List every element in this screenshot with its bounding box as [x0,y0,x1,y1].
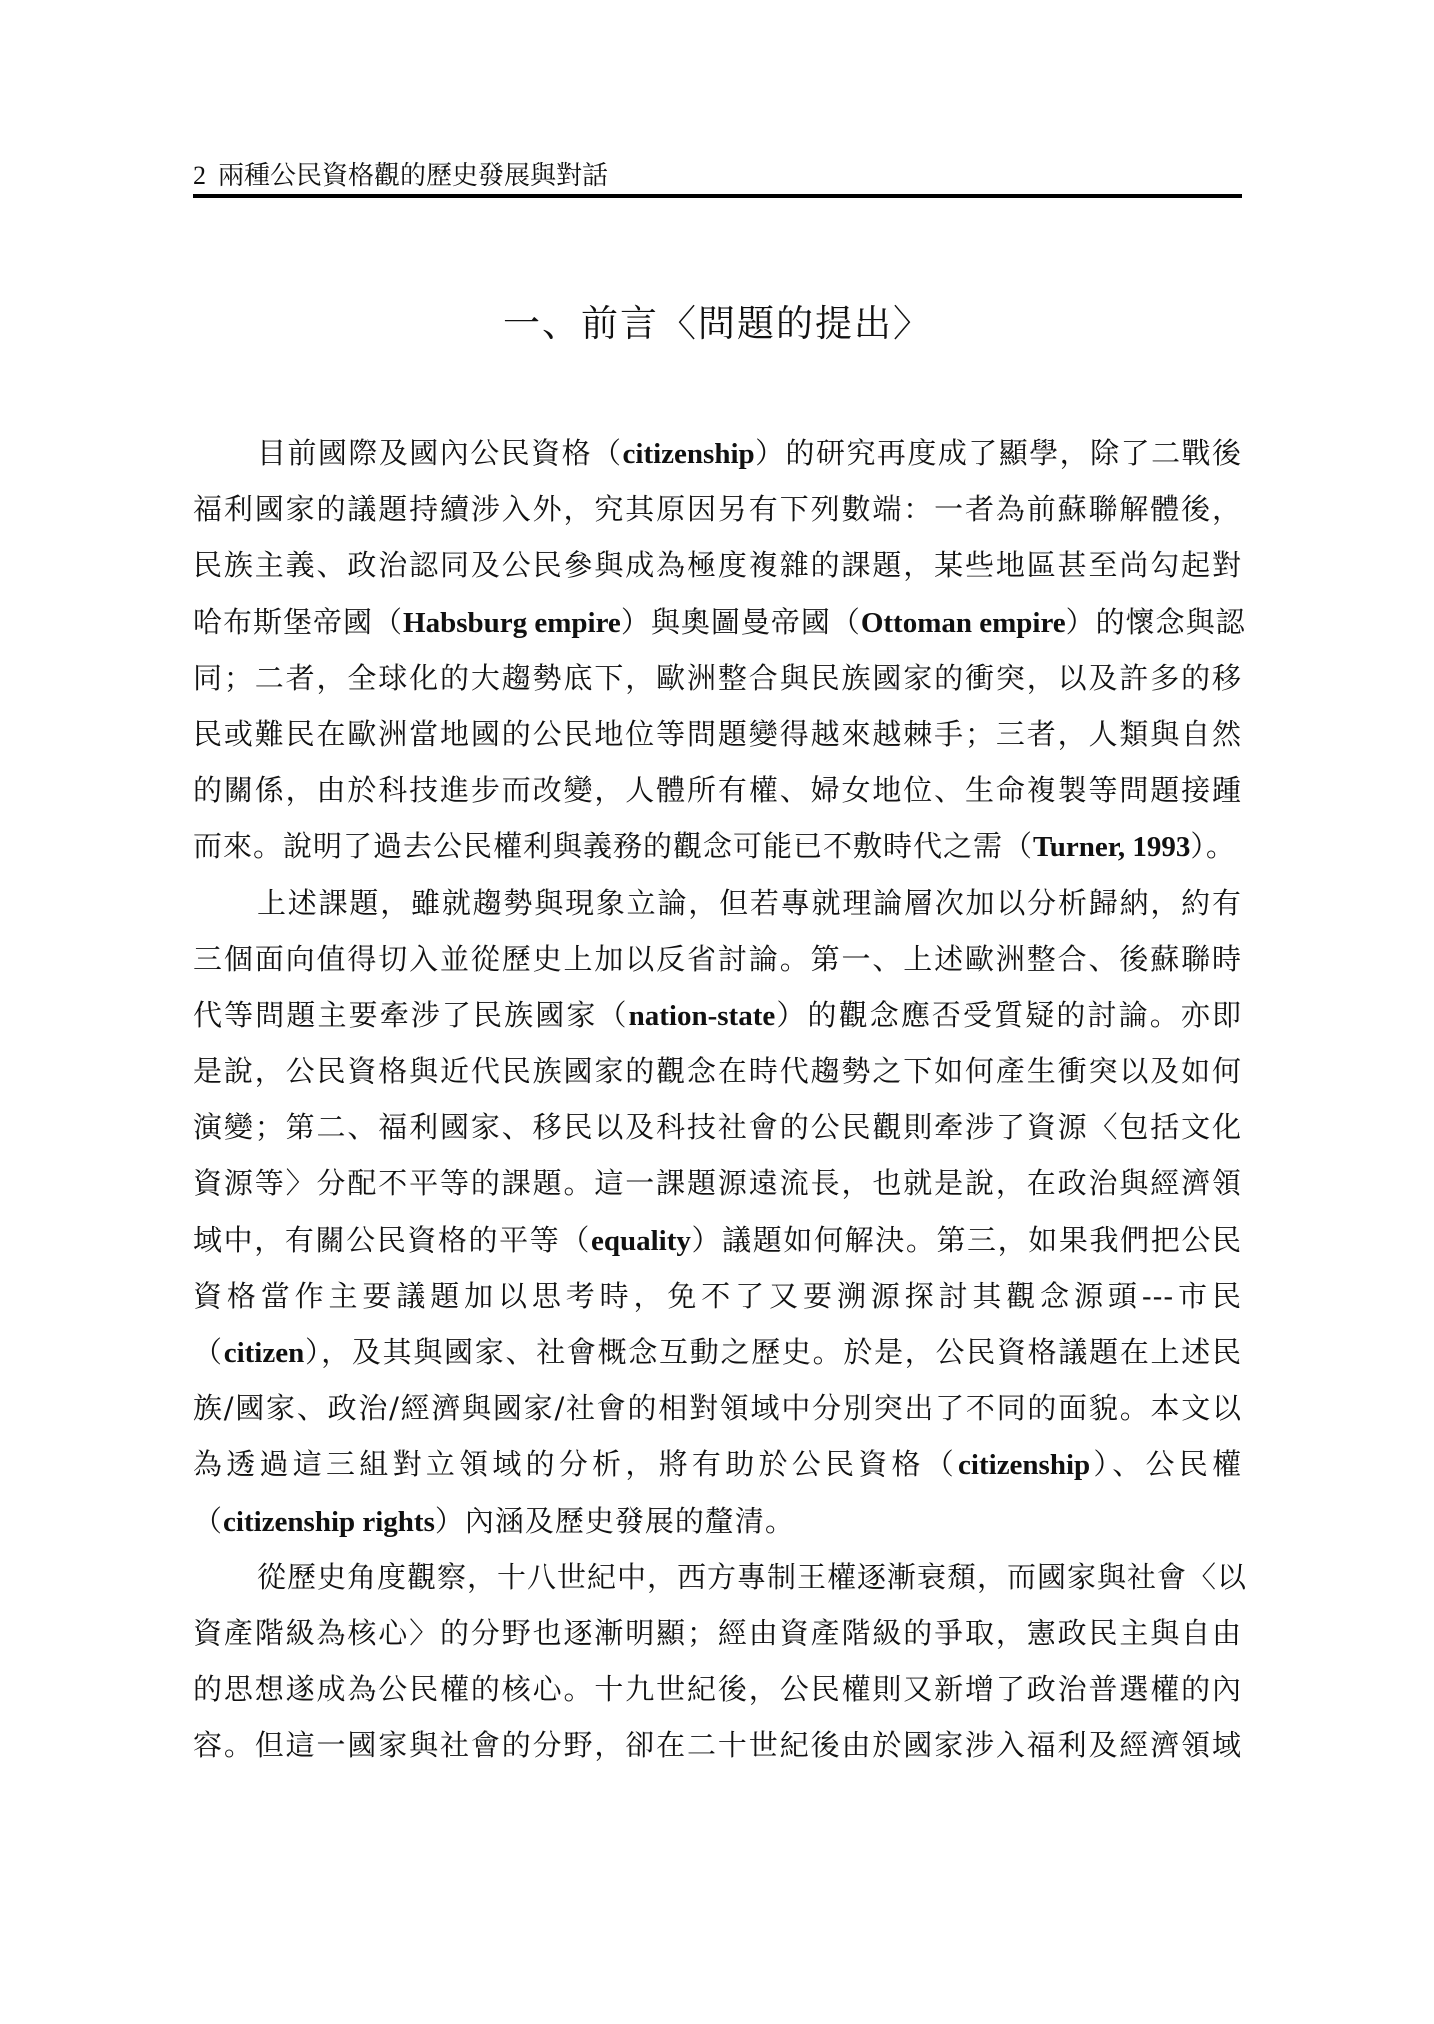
running-title: 兩種公民資格觀的歷史發展與對話 [218,161,608,191]
latin-term: Habsburg empire [403,607,621,639]
paragraph-2-line-4: 是說，公民資格與近代民族國家的觀念在時代趨勢之下如何產生衝突以及如何 [193,1043,1242,1099]
paragraph-1-line-4: 哈布斯堡帝國（Habsburg empire）與奧圖曼帝國（Ottoman em… [193,594,1242,650]
paragraph-3-line-3: 的思想遂成為公民權的核心。十九世紀後，公民權則又新增了政治普選權的內 [193,1661,1242,1717]
paragraph-2-line-7: 域中，有關公民資格的平等（equality）議題如何解決。第三，如果我們把公民 [193,1212,1242,1268]
paragraph-2-line-8: 資格當作主要議題加以思考時，免不了又要溯源探討其觀念源頭---市民 [193,1268,1242,1324]
body-text: 目前國際及國內公民資格（citizenship）的研究再度成了顯學，除了二戰後 … [193,425,1242,1774]
paragraph-1-line-3: 民族主義、政治認同及公民參與成為極度複雜的課題，某些地區甚至尚勾起對 [193,537,1242,593]
paragraph-1-line-7: 的關係，由於科技進步而改變，人體所有權、婦女地位、生命複製等問題接踵 [193,762,1242,818]
paragraph-2-line-9: （citizen），及其與國家、社會概念互動之歷史。於是，公民資格議題在上述民 [193,1324,1242,1380]
latin-term: Ottoman empire [861,607,1066,639]
latin-term: equality [591,1225,691,1257]
paragraph-1-line-2: 福利國家的議題持續涉入外，究其原因另有下列數端：一者為前蘇聯解體後， [193,481,1242,537]
latin-term: citizen [224,1337,305,1369]
paragraph-2-line-5: 演變；第二、福利國家、移民以及科技社會的公民觀則牽涉了資源〈包括文化 [193,1099,1242,1155]
paragraph-2-line-3: 代等問題主要牽涉了民族國家（nation-state）的觀念應否受質疑的討論。亦… [193,987,1242,1043]
section-title: 一、前言〈問題的提出〉 [193,300,1242,348]
latin-term: citizenship [623,438,755,470]
paragraph-3-line-4: 容。但這一國家與社會的分野，卻在二十世紀後由於國家涉入福利及經濟領域 [193,1717,1242,1773]
latin-term: citizenship [958,1449,1090,1481]
page-number: 2 [193,161,206,190]
running-header: 2兩種公民資格觀的歷史發展與對話 [193,160,1242,196]
paragraph-1-line-5: 同；二者，全球化的大趨勢底下，歐洲整合與民族國家的衝突，以及許多的移 [193,650,1242,706]
latin-term: Turner, 1993 [1033,831,1190,863]
paragraph-3-line-1: 從歷史角度觀察，十八世紀中，西方專制王權逐漸衰頹，而國家與社會〈以 [193,1549,1242,1605]
paragraph-3-line-2: 資產階級為核心〉的分野也逐漸明顯；經由資產階級的爭取，憲政民主與自由 [193,1605,1242,1661]
paragraph-1-line-1: 目前國際及國內公民資格（citizenship）的研究再度成了顯學，除了二戰後 [193,425,1242,481]
paragraph-2-line-12: （citizenship rights）內涵及歷史發展的釐清。 [193,1493,1242,1549]
paragraph-2-line-1: 上述課題，雖就趨勢與現象立論，但若專就理論層次加以分析歸納，約有 [193,875,1242,931]
paragraph-2-line-2: 三個面向值得切入並從歷史上加以反省討論。第一、上述歐洲整合、後蘇聯時 [193,931,1242,987]
paragraph-1-line-8: 而來。說明了過去公民權利與義務的觀念可能已不敷時代之需（Turner, 1993… [193,818,1242,874]
paragraph-2-line-11: 為透過這三組對立領域的分析，將有助於公民資格（citizenship）、公民權 [193,1436,1242,1492]
paragraph-2-line-10: 族/國家、政治/經濟與國家/社會的相對領域中分別突出了不同的面貌。本文以 [193,1380,1242,1436]
latin-term: nation-state [629,1000,776,1032]
latin-term: citizenship rights [223,1506,435,1538]
paragraph-1-line-6: 民或難民在歐洲當地國的公民地位等問題變得越來越棘手；三者，人類與自然 [193,706,1242,762]
header-rule [193,194,1242,198]
paragraph-2-line-6: 資源等〉分配不平等的課題。這一課題源遠流長，也就是說，在政治與經濟領 [193,1155,1242,1211]
